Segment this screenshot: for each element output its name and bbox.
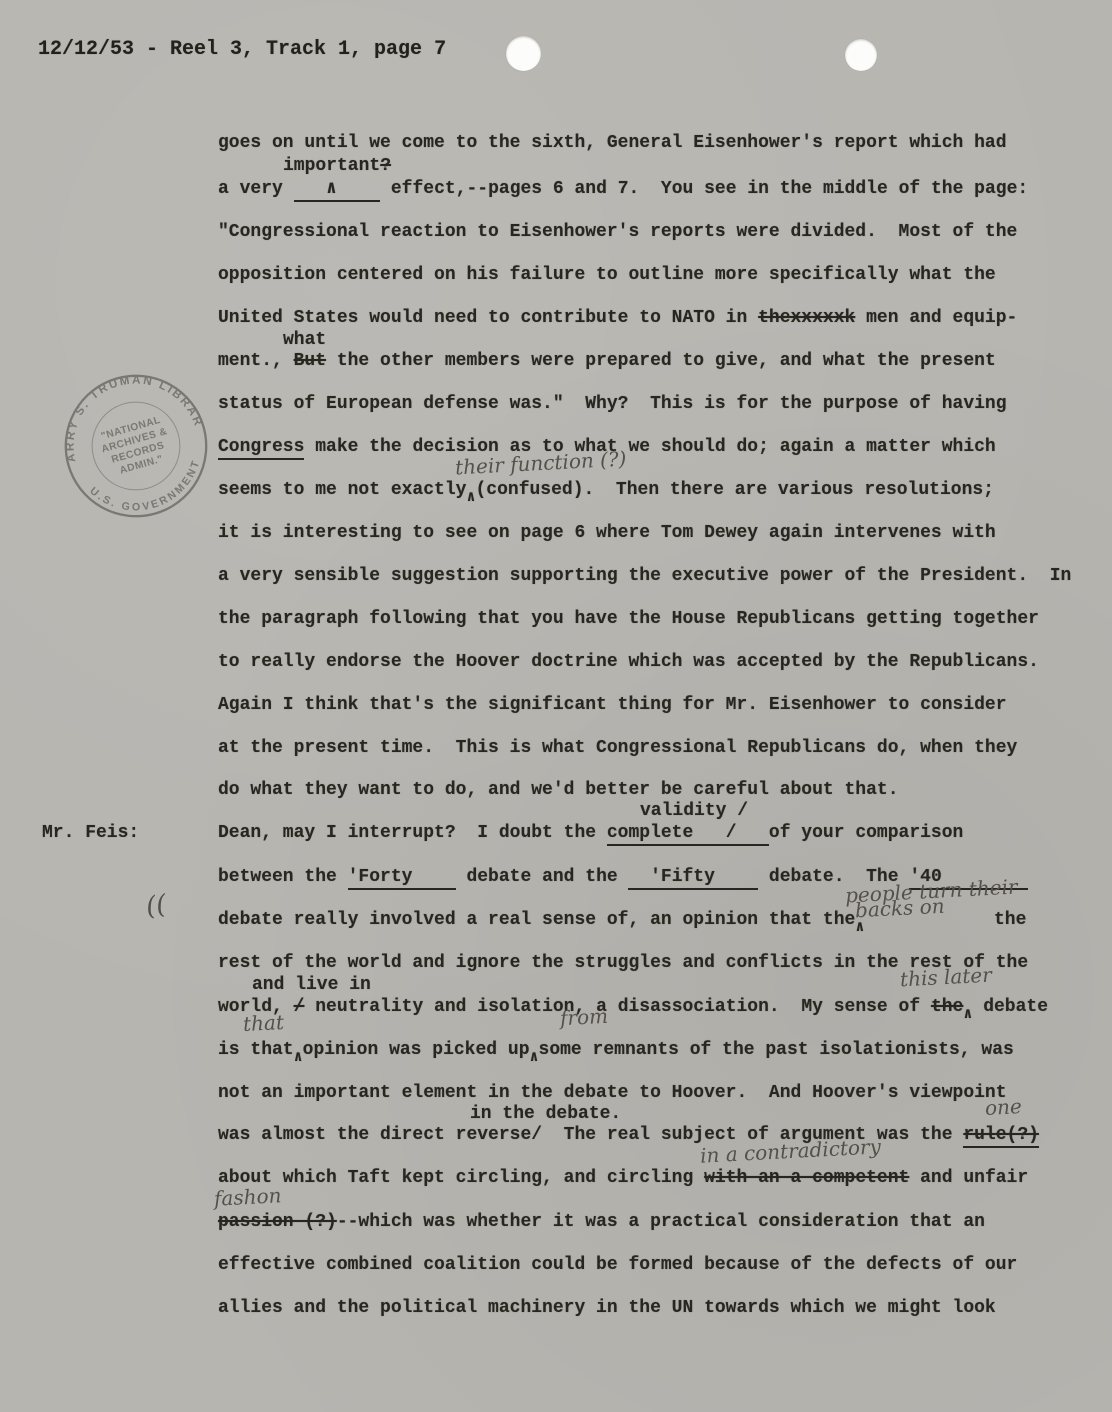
typed-text-line: ment., But the other members were prepar…	[218, 349, 996, 373]
handwritten-annotation: fashon	[213, 1184, 281, 1209]
typed-text-line: and live in	[252, 973, 371, 997]
handwritten-annotation: one	[984, 1095, 1022, 1119]
typed-text-line: effective combined coalition could be fo…	[218, 1253, 1017, 1277]
typed-text-line: do what they want to do, and we'd better…	[218, 778, 899, 802]
typed-text-line: Dean, may I interrupt? I doubt the compl…	[218, 821, 963, 845]
typed-text-line: to really endorse the Hoover doctrine wh…	[218, 650, 1039, 674]
typed-text-line: Again I think that's the significant thi…	[218, 693, 1007, 717]
typed-text-line: a very sensible suggestion supporting th…	[218, 564, 1071, 588]
typed-text-line: world, / neutrality and isolation, a dis…	[218, 995, 1048, 1020]
typed-text-line: opposition centered on his failure to ou…	[218, 263, 996, 287]
typed-text-line: United States would need to contribute t…	[218, 306, 1017, 330]
typed-text-line: seems to me not exactly∧(confused). Then…	[218, 478, 994, 503]
handwritten-annotation: this later	[899, 964, 992, 991]
typed-text-line: passion (?)--which was whether it was a …	[218, 1210, 985, 1234]
typed-text-line: was almost the direct reverse/ The real …	[218, 1123, 1039, 1147]
speaker-label: Mr. Feis:	[42, 821, 139, 845]
typed-text-line: a very ∧ effect,--pages 6 and 7. You see…	[218, 177, 1028, 201]
document-page: 12/12/53 - Reel 3, Track 1, page 7 HARRY…	[0, 0, 1112, 1412]
typed-text-line: debate really involved a real sense of, …	[218, 908, 1026, 933]
hole-punch-left	[506, 36, 541, 71]
handwritten-annotation: that	[242, 1011, 284, 1035]
hole-punch-right	[845, 39, 877, 71]
svg-text:HARRY S. TRUMAN LIBRARY: HARRY S. TRUMAN LIBRARY	[40, 350, 206, 469]
typed-text-line: allies and the political machinery in th…	[218, 1296, 996, 1320]
stamp-ring-top-text: HARRY S. TRUMAN LIBRARY	[40, 350, 206, 469]
typed-text-line: "Congressional reaction to Eisenhower's …	[218, 220, 1017, 244]
typed-text-line: goes on until we come to the sixth, Gene…	[218, 131, 1007, 155]
handwritten-annotation: ((	[145, 894, 168, 919]
typed-text-line: at the present time. This is what Congre…	[218, 736, 1017, 760]
typed-text-line: validity /	[640, 799, 748, 823]
typed-text-line: it is interesting to see on page 6 where…	[218, 521, 996, 545]
archive-stamp-graphic: HARRY S. TRUMAN LIBRARY U.S. GOVERNMENT …	[40, 350, 233, 543]
archive-stamp: HARRY S. TRUMAN LIBRARY U.S. GOVERNMENT …	[40, 350, 233, 543]
typed-text-line: is that∧opinion was picked up∧some remna…	[218, 1038, 1014, 1063]
page-header: 12/12/53 - Reel 3, Track 1, page 7	[38, 38, 446, 62]
handwritten-annotation: from	[559, 1005, 608, 1029]
typed-text-line: status of European defense was." Why? Th…	[218, 392, 1007, 416]
typed-text-line: about which Taft kept circling, and circ…	[218, 1166, 1028, 1190]
typed-text-line: the paragraph following that you have th…	[218, 607, 1039, 631]
typed-text-line: important?	[283, 154, 391, 178]
